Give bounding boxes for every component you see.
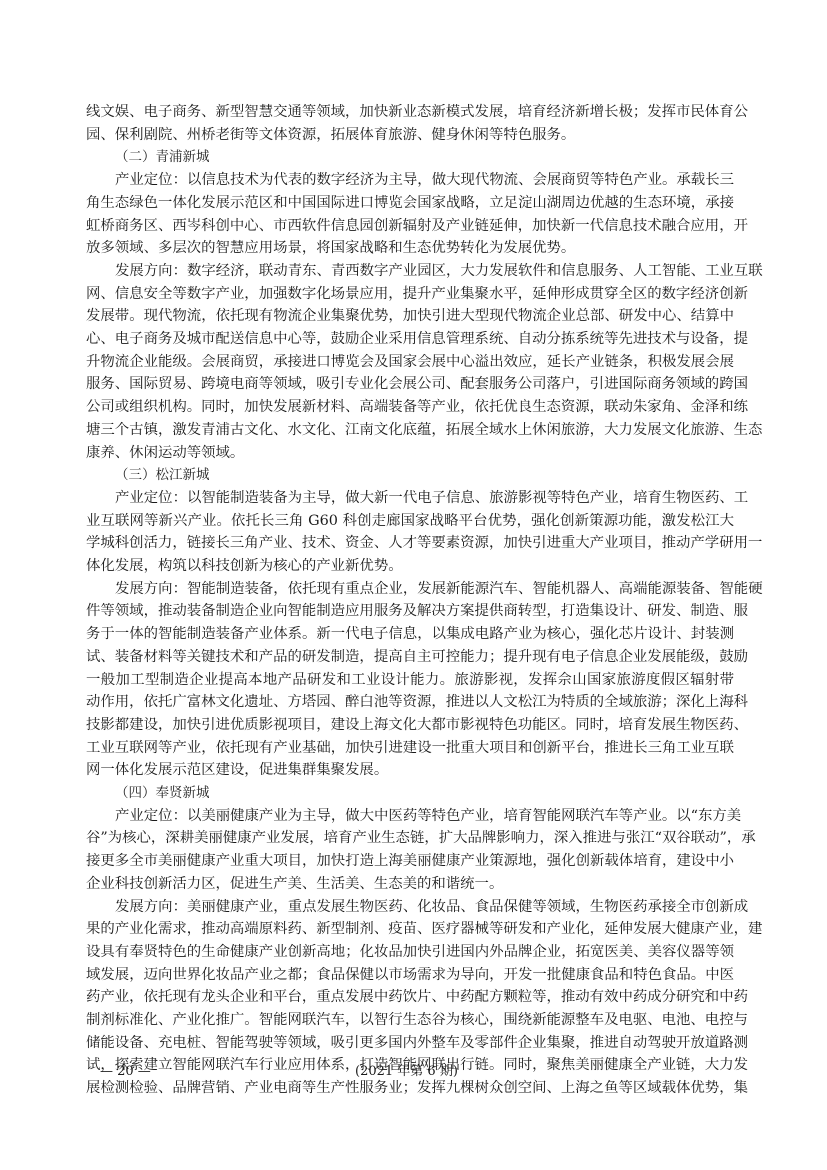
text-line: 角生态绿色一体化发展示范区和中国国际进口博览会国家战略，立足淀山湖周边优越的生态…: [86, 192, 734, 214]
text-line: 产业定位：以智能制造装备为主导，做大新一代电子信息、旅游影视等特色产业，培育生物…: [115, 487, 734, 509]
text-line: 果的产业化需求，推动高端原料药、新型制剂、疫苗、医疗器械等研发和产业化，延伸发展…: [86, 918, 734, 940]
text-line: 园、保利剧院、州桥老街等文体资源，拓展体育旅游、健身休闲等特色服务。: [86, 124, 734, 146]
text-line: 业互联网等新兴产业。依托长三角 G60 科创走廊国家战略平台优势，强化创新策源功…: [86, 510, 734, 532]
text-line: 线文娱、电子商务、新型智慧交通等领域，加快新业态新模式发展，培育经济新增长极；发…: [86, 101, 734, 123]
text-line: 升物流企业能级。会展商贸，承接进口博览会及国家会展中心溢出效应，延长产业链条，积…: [86, 351, 734, 373]
text-line: 药产业，依托现有龙头企业和平台，重点发展中药饮片、中药配方颗粒等，推动有效中药成…: [86, 986, 734, 1008]
text-line: 放多领域、多层次的智慧应用场景，将国家战略和生态优势转化为发展优势。: [86, 237, 734, 259]
text-line: 产业定位：以信息技术为代表的数字经济为主导，做大现代物流、会展商贸等特色产业。承…: [115, 169, 734, 191]
text-line: 谷”为核心，深耕美丽健康产业发展，培育产业生态链，扩大品牌影响力，深入推进与张江…: [86, 827, 734, 849]
section-heading: （三）松江新城: [115, 464, 734, 486]
text-line: 务于一体的智能制造装备产业体系。新一代电子信息，以集成电路产业为核心，强化芯片设…: [86, 623, 734, 645]
page-number: — 20 —: [100, 1061, 151, 1083]
text-line: 发展带。现代物流，依托现有物流企业集聚优势，加快引进大型现代物流企业总部、研发中…: [86, 305, 734, 327]
section-heading: （四）奉贤新城: [115, 782, 734, 804]
text-line: 公司或组织机构。同时，加快发展新材料、高端装备等产业，依托优良生态资源，联动朱家…: [86, 396, 734, 418]
text-line: 企业科技创新活力区，促进生产美、生活美、生态美的和谐统一。: [86, 873, 734, 895]
text-line: 产业定位：以美丽健康产业为主导，做大中医药等特色产业，培育智能网联汽车等产业。以…: [115, 805, 734, 827]
text-line: 一般加工型制造企业提高本地产品研发和工业设计能力。旅游影视，发挥佘山国家旅游度假…: [86, 669, 734, 691]
text-line: 制剂标准化、产业化推广。智能网联汽车，以智行生态谷为核心，围绕新能源整车及电驱、…: [86, 1009, 734, 1031]
text-line: 工业互联网等产业，依托现有产业基础，加快引进建设一批重大项目和创新平台，推进长三…: [86, 737, 734, 759]
text-line: 接更多全市美丽健康产业重大项目，加快打造上海美丽健康产业策源地，强化创新载体培育…: [86, 850, 734, 872]
text-line: 网、信息安全等数字产业，加强数字化场景应用，提升产业集聚水平，延伸形成贯穿全区的…: [86, 283, 734, 305]
text-line: 发展方向：数字经济，联动青东、青西数字产业园区，大力发展软件和信息服务、人工智能…: [115, 260, 734, 282]
text-line: 发展方向：智能制造装备，依托现有重点企业，发展新能源汽车、智能机器人、高端能源装…: [115, 578, 734, 600]
text-line: 发展方向：美丽健康产业，重点发展生物医药、化妆品、食品保健等领域，生物医药承接全…: [115, 896, 734, 918]
text-line: 心、电子商务及城市配送信息中心等，鼓励企业采用信息管理系统、自动分拣系统等先进技…: [86, 328, 734, 350]
text-line: 试、装备材料等关键技术和产品的研发制造，提高自主可控能力；提升现有电子信息企业发…: [86, 646, 734, 668]
text-line: 康养、休闲运动等领域。: [86, 442, 734, 464]
text-line: 学城科创活力，链接长三角产业、技术、资金、人才等要素资源，加快引进重大产业项目，…: [86, 532, 734, 554]
text-line: 塘三个古镇，激发青浦古文化、水文化、江南文化底蕴，拓展全域水上休闲旅游，大力发展…: [86, 419, 734, 441]
issue-label: (2021 年第 6 期): [355, 1061, 458, 1083]
text-line: 储能设备、充电桩、智能驾驶等领域，吸引更多国内外整车及零部件企业集聚，推进自动驾…: [86, 1032, 734, 1054]
text-line: 设具有奉贤特色的生命健康产业创新高地；化妆品加快引进国内外品牌企业，拓宽医美、美…: [86, 941, 734, 963]
text-line: 动作用，依托广富林文化遗址、方塔园、醉白池等资源，推进以人文松江为特质的全域旅游…: [86, 691, 734, 713]
document-page: 线文娱、电子商务、新型智慧交通等领域，加快新业态新模式发展，培育经济新增长极；发…: [0, 0, 827, 1170]
text-line: 体化发展，构筑以科技创新为核心的产业新优势。: [86, 555, 734, 577]
section-heading: （二）青浦新城: [115, 146, 734, 168]
text-line: 技影都建设，加快引进优质影视项目，建设上海文化大都市影视特色功能区。同时，培育发…: [86, 714, 734, 736]
text-line: 虹桥商务区、西岑科创中心、市西软件信息园创新辐射及产业链延伸，加快新一代信息技术…: [86, 215, 734, 237]
text-line: 服务、国际贸易、跨境电商等领域，吸引专业化会展公司、配套服务公司落户，引进国际商…: [86, 373, 734, 395]
text-line: 域发展，迈向世界化妆品产业之都；食品保健以市场需求为导向，开发一批健康食品和特色…: [86, 964, 734, 986]
text-line: 网一体化发展示范区建设，促进集群集聚发展。: [86, 759, 734, 781]
text-line: 件等领域，推动装备制造企业向智能制造应用服务及解决方案提供商转型，打造集设计、研…: [86, 600, 734, 622]
